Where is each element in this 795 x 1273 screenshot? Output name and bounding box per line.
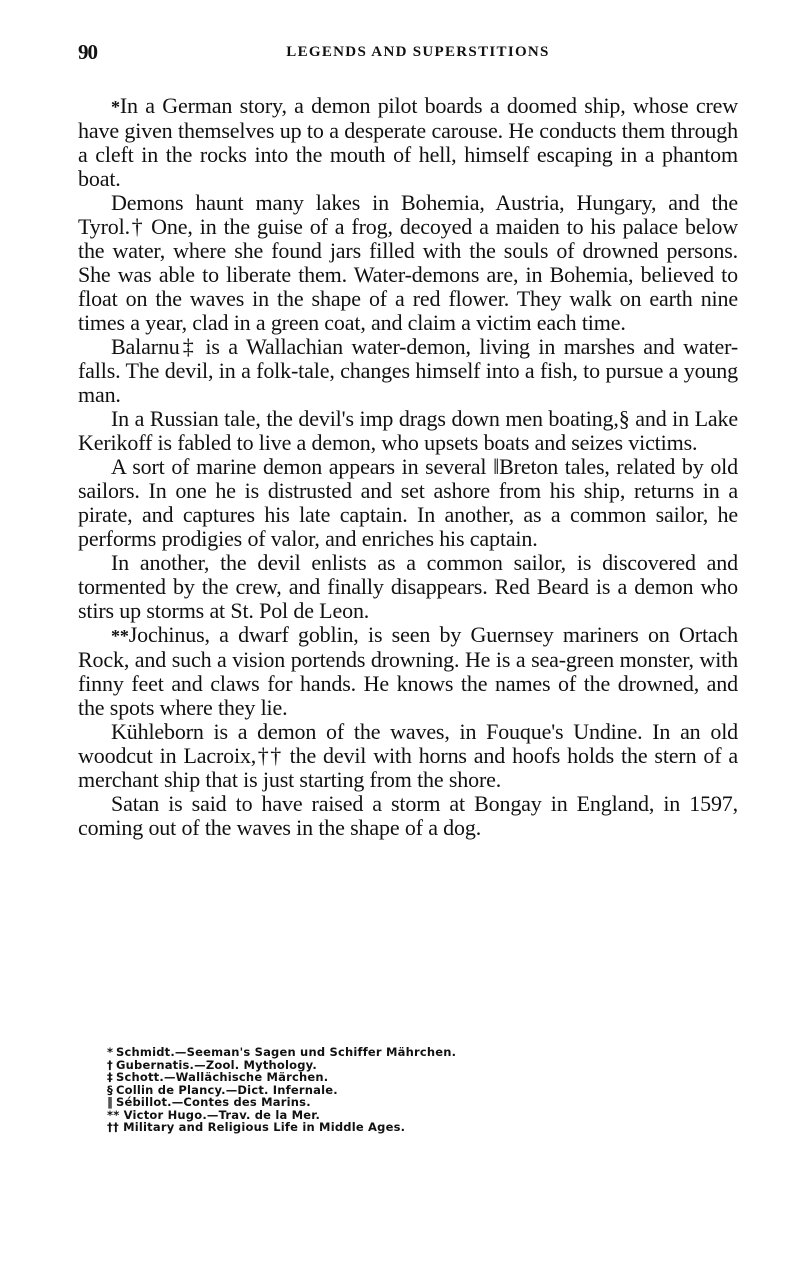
paragraph-text: In a German story, a demon pilot boards … bbox=[78, 93, 738, 191]
body-text: *In a German story, a demon pilot boards… bbox=[78, 94, 738, 840]
paragraph-text: One, in the guise of a frog, decoyed a m… bbox=[78, 214, 738, 335]
paragraph-balarnu: Balarnu‡ is a Wallachian water-demon, li… bbox=[78, 335, 738, 407]
paragraph-jochinus: **Jochinus, a dwarf goblin, is seen by G… bbox=[78, 623, 738, 720]
paragraph-bohemian-lakes: Demons haunt many lakes in Bohemia, Aust… bbox=[78, 191, 738, 335]
paragraph-text: A sort of marine demon appears in severa… bbox=[111, 454, 493, 479]
paragraph-satan-bongay: Satan is said to have raised a storm at … bbox=[78, 792, 738, 840]
paragraph-kuhleborn: Kühleborn is a demon of the waves, in Fo… bbox=[78, 720, 738, 792]
footnote-mark: ‡ bbox=[180, 334, 197, 359]
paragraph-text: Satan is said to have raised a storm at … bbox=[78, 791, 738, 840]
footnote-mark: ‖ bbox=[107, 1096, 116, 1109]
footnote-mark: * bbox=[107, 1046, 116, 1059]
footnote-mark: † bbox=[130, 214, 144, 239]
footnote-mark: †† bbox=[256, 743, 283, 768]
footnote-mark: * bbox=[111, 97, 120, 117]
running-title: LEGENDS AND SUPERSTITIONS bbox=[78, 44, 738, 61]
paragraph-devil-sailor: In another, the devil enlists as a commo… bbox=[78, 551, 738, 623]
footnote: †† Military and Religious Life in Middle… bbox=[107, 1121, 456, 1134]
book-page: 90 LEGENDS AND SUPERSTITIONS *In a Germa… bbox=[78, 40, 738, 840]
paragraph-text: Balarnu bbox=[111, 334, 180, 359]
footnote-mark: § bbox=[619, 406, 630, 431]
footnote-mark: ‡ bbox=[107, 1071, 116, 1084]
paragraph-text: In a Russian tale, the devil's imp drags… bbox=[111, 406, 619, 431]
footnote-text: Military and Religious Life in Middle Ag… bbox=[119, 1120, 405, 1134]
footnotes: *Schmidt.—Seeman's Sagen und Schiffer Mä… bbox=[107, 1046, 456, 1134]
paragraph-russian-tale: In a Russian tale, the devil's imp drags… bbox=[78, 407, 738, 455]
running-head: 90 LEGENDS AND SUPERSTITIONS bbox=[78, 40, 738, 66]
footnote-mark: †† bbox=[107, 1121, 119, 1134]
paragraph-text: In another, the devil enlists as a commo… bbox=[78, 550, 738, 623]
paragraph-german-story: *In a German story, a demon pilot boards… bbox=[78, 94, 738, 191]
paragraph-breton-tales: A sort of marine demon appears in severa… bbox=[78, 455, 738, 551]
paragraph-text: Jochinus, a dwarf goblin, is seen by Gue… bbox=[78, 622, 738, 720]
footnote-mark: ** bbox=[111, 626, 129, 646]
